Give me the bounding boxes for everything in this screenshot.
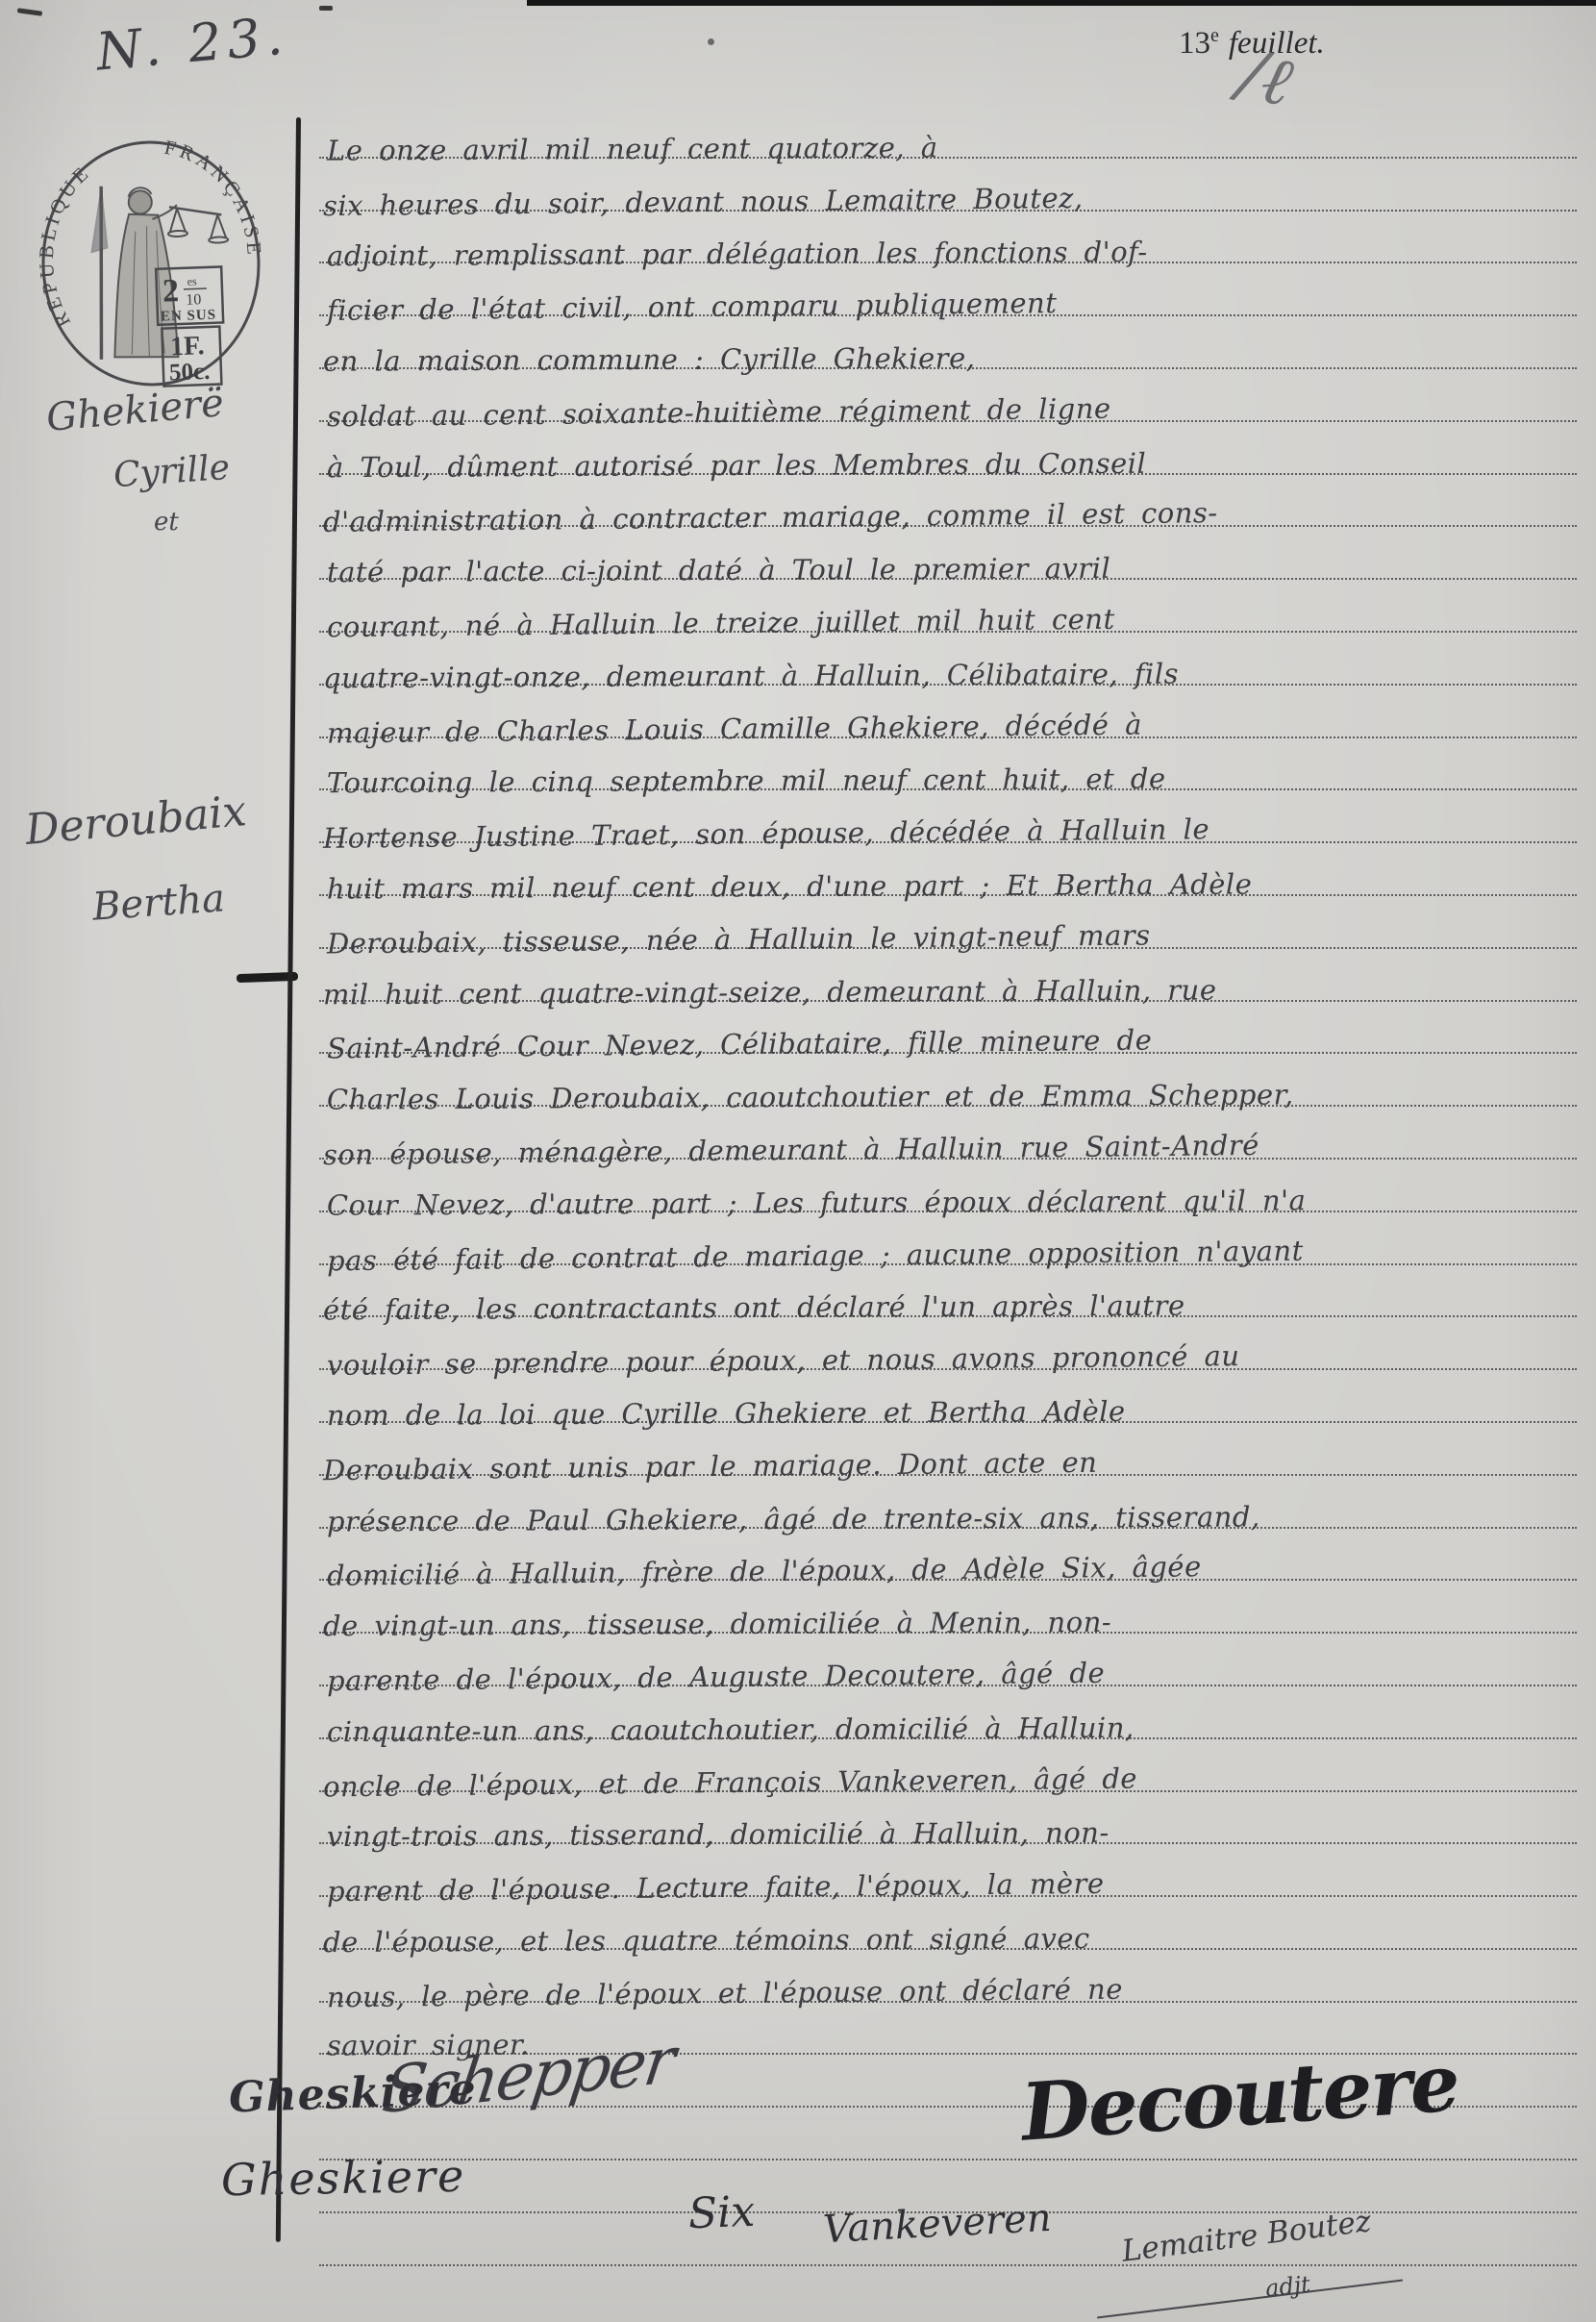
act-line: Deroubaix, tisseuse, née à Halluin le vi…: [319, 896, 1577, 949]
act-line: Cour Nevez, d'autre part ; Les futurs ép…: [319, 1160, 1577, 1212]
surtax-value: 2: [162, 273, 179, 310]
signature-witness-brother: Gheskiere: [221, 2150, 466, 2206]
act-line: à Toul, dûment autorisé par les Membres …: [319, 422, 1577, 475]
act-line: nom de la loi que Cyrille Ghekiere et Be…: [319, 1370, 1577, 1423]
act-line: de l'épouse, et les quatre témoins ont s…: [319, 1897, 1577, 1950]
margin-note-bride-surname: Deroubaix: [23, 786, 248, 855]
act-line: mil huit cent quatre-vingt-seize, demeur…: [319, 949, 1577, 1002]
act-line: Hortense Justine Traet, son épouse, décé…: [319, 790, 1577, 843]
signature-groom: Gheskiere: [228, 2065, 477, 2123]
signature-witness-six: Six: [687, 2187, 756, 2238]
signature-officer-flourish: [1097, 2280, 1403, 2319]
act-line: Deroubaix sont unis par le mariage. Dont…: [319, 1423, 1577, 1476]
act-line: Le onze avril mil neuf cent quatorze, à: [319, 106, 1577, 159]
act-line: Saint-André Cour Nevez, Célibataire, fil…: [319, 1002, 1577, 1055]
stamp-surtax-box: 2 es 10 EN SUS: [156, 266, 223, 324]
ink-speck: [708, 38, 714, 45]
margin-rule: [276, 117, 301, 2242]
ink-speck: [319, 6, 333, 11]
act-line: soldat au cent soixante-huitième régimen…: [319, 369, 1577, 422]
signature-officer-title: adjt: [1264, 2271, 1311, 2303]
civil-registry-page: N. 23. 13efeuillet. ∕ℓ REPUBLIQUE FRANÇA…: [0, 0, 1596, 2322]
act-body: Le onze avril mil neuf cent quatorze, à …: [319, 106, 1577, 2266]
act-line: été faite, les contractants ont déclaré …: [319, 1265, 1577, 1318]
revenue-stamp-seal: REPUBLIQUE FRANÇAISE 2: [30, 131, 271, 396]
act-line: parent de l'épouse. Lecture faite, l'épo…: [319, 1844, 1577, 1897]
act-line: quatre-vingt-onze, demeurant à Halluin, …: [319, 633, 1577, 686]
margin-note-groom-firstname: Cyrille: [112, 448, 232, 495]
folio-ordinal: e: [1210, 25, 1219, 46]
surtax-sup: es: [187, 274, 197, 287]
act-line: adjoint, remplissant par délégation les …: [319, 212, 1577, 264]
act-line: Charles Louis Deroubaix, caoutchoutier e…: [319, 1054, 1577, 1107]
surtax-label: EN SUS: [161, 308, 217, 325]
act-line: nous, le père de l'époux et l'épouse ont…: [319, 1950, 1577, 2003]
act-line: présence de Paul Ghekiere, âgé de trente…: [319, 1476, 1577, 1529]
act-line: cinquante-un ans, caoutchoutier, domicil…: [319, 1686, 1577, 1739]
act-line: parente de l'époux, de Auguste Decoutere…: [319, 1634, 1577, 1686]
ink-speck: [17, 8, 42, 16]
act-line: courant, né à Halluin le treize juillet …: [319, 580, 1577, 633]
act-line: huit mars mil neuf cent deux, d'une part…: [319, 843, 1577, 896]
act-line: vouloir se prendre pour époux, et nous a…: [319, 1317, 1577, 1370]
justice-figure: [89, 184, 182, 360]
margin-note-conjunction: et: [154, 508, 179, 537]
act-line: six heures du soir, devant nous Lemaitre…: [319, 159, 1577, 212]
act-line: vingt-trois ans, tisserand, domicilié à …: [319, 1792, 1577, 1845]
act-number: N. 23.: [94, 5, 291, 82]
stamp-arc-left-text: REPUBLIQUE: [31, 160, 100, 333]
act-line: pas été fait de contrat de mariage ; auc…: [319, 1212, 1577, 1265]
stamp-value-box: 1F. 50c.: [162, 327, 221, 387]
margin-note-bride-firstname: Bertha: [91, 876, 227, 930]
act-line: ficier de l'état civil, ont comparu publ…: [319, 263, 1577, 316]
folio-number: 13: [1179, 26, 1210, 61]
act-line: taté par l'acte ci-joint daté à Toul le …: [319, 527, 1577, 580]
scales-of-justice-icon: [167, 205, 228, 244]
act-line: oncle de l'époux, et de François Vankeve…: [319, 1739, 1577, 1792]
surtax-denominator: 10: [186, 291, 202, 309]
act-line: domicilié à Halluin, frère de l'époux, d…: [319, 1529, 1577, 1582]
act-line: son épouse, ménagère, demeurant à Hallui…: [319, 1107, 1577, 1160]
value-francs: 1F.: [170, 331, 206, 362]
act-line: en la maison commune : Cyrille Ghekiere,: [319, 316, 1577, 369]
act-line: Tourcoing le cinq septembre mil neuf cen…: [319, 738, 1577, 791]
act-line: majeur de Charles Louis Camille Ghekiere…: [319, 686, 1577, 738]
act-line: de vingt-un ans, tisseuse, domiciliée à …: [319, 1581, 1577, 1634]
act-line: d'administration à contracter mariage, c…: [319, 475, 1577, 528]
scan-edge-top: [527, 0, 1596, 6]
